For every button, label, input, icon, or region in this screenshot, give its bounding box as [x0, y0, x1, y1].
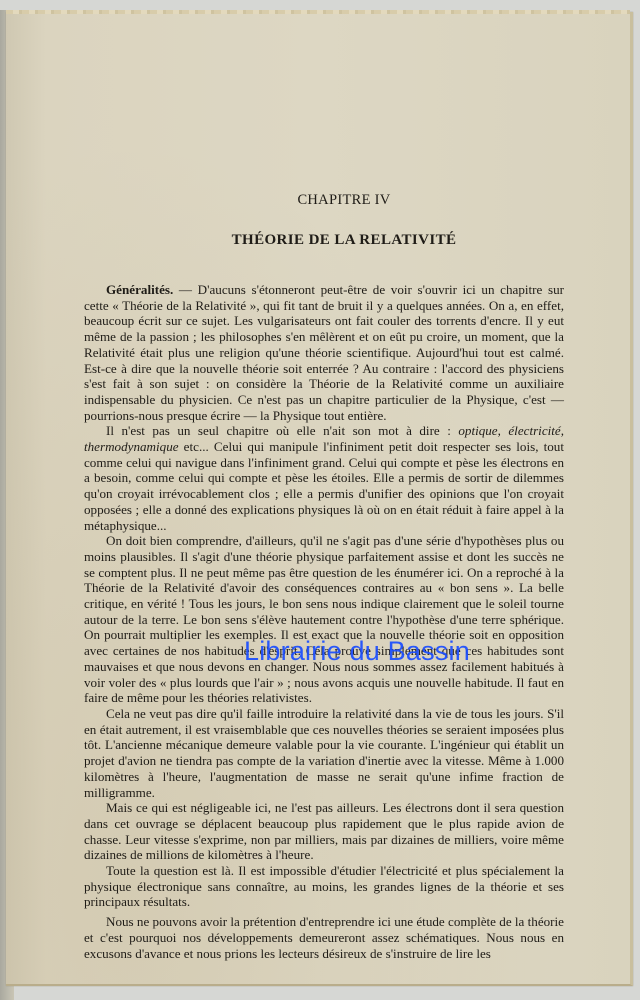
paragraph-generalites: Généralités. — D'aucuns s'étonneront peu…: [84, 282, 564, 423]
paragraph: Cela ne veut pas dire qu'il faille intro…: [84, 706, 564, 800]
page-deckled-edge: [6, 10, 630, 14]
paragraph: Il n'est pas un seul chapitre où elle n'…: [84, 423, 564, 533]
run-in-heading: Généralités.: [106, 282, 173, 297]
paragraph: Toute la question est là. Il est impossi…: [84, 863, 564, 910]
paragraph: On doit bien comprendre, d'ailleurs, qu'…: [84, 533, 564, 706]
chapter-title: THÉORIE DE LA RELATIVITÉ: [104, 232, 584, 249]
paragraph-text: Il n'est pas un seul chapitre où elle n'…: [106, 423, 458, 438]
watermark-text: Librairie du Bassin: [244, 636, 470, 667]
chapter-label: CHAPITRE IV: [104, 192, 584, 209]
body-text: Généralités. — D'aucuns s'étonneront peu…: [84, 282, 564, 961]
paragraph: Nous ne pouvons avoir la prétention d'en…: [84, 914, 564, 961]
paragraph-text: — D'aucuns s'étonneront peut-être de voi…: [84, 282, 564, 423]
book-page: CHAPITRE IV THÉORIE DE LA RELATIVITÉ Gén…: [6, 12, 633, 986]
paragraph: Mais ce qui est négligeable ici, ne l'es…: [84, 800, 564, 863]
